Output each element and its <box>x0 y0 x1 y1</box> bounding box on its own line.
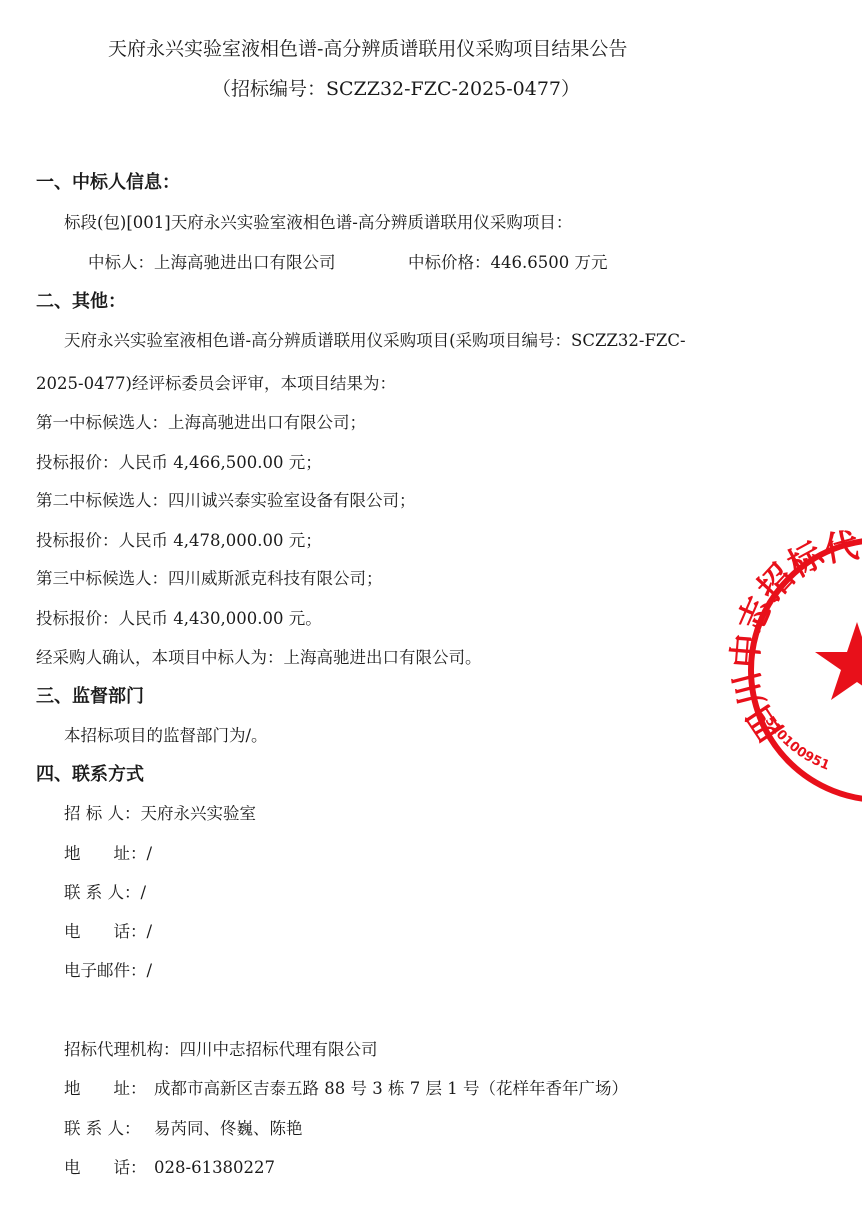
candidate-2-name: 第二中标候选人：四川诚兴泰实验室设备有限公司； <box>36 490 416 512</box>
buyer-contact-row: 招 标 人：天府永兴实验室 <box>64 803 256 825</box>
agency-contact-row: 联 系 人：易芮同、佟巍、陈艳 <box>64 1118 303 1140</box>
section-3-heading: 三、监督部门 <box>36 686 144 708</box>
contact-value: / <box>147 961 153 980</box>
contact-value: / <box>147 922 153 941</box>
section-2-heading: 二、其他： <box>36 291 126 313</box>
contact-label: 电 话： <box>64 1157 154 1179</box>
seal-text: 四川中志招标代 <box>725 525 861 748</box>
candidate-3-price: 投标报价：人民币 4,430,000.00 元。 <box>36 608 322 630</box>
contact-value: 成都市高新区吉泰五路 88 号 3 栋 7 层 1 号（花样年香年广场） <box>154 1079 628 1098</box>
section-4-heading: 四、联系方式 <box>36 764 144 786</box>
contact-value: 易芮同、佟巍、陈艳 <box>154 1119 303 1138</box>
contact-label: 招标代理机构： <box>64 1039 180 1061</box>
candidate-2-price: 投标报价：人民币 4,478,000.00 元； <box>36 530 322 552</box>
agency-contact-row: 电 话：028-61380227 <box>64 1157 275 1179</box>
official-seal-stamp: 四川中志招标代 510100951 <box>745 580 862 780</box>
tender-number: （招标编号：SCZZ32-FZC-2025-0477） <box>212 78 580 100</box>
buyer-contact-row: 电 话：/ <box>64 921 152 943</box>
winner-confirmation: 经采购人确认，本项目中标人为：上海高驰进出口有限公司。 <box>36 647 482 669</box>
winner-info: 中标人：上海高驰进出口有限公司 <box>88 252 336 274</box>
buyer-contact-row: 电子邮件：/ <box>64 960 152 982</box>
buyer-contact-row: 联 系 人：/ <box>64 882 146 904</box>
supervision-text: 本招标项目的监督部门为/。 <box>64 725 268 747</box>
contact-value: 天府永兴实验室 <box>141 804 257 823</box>
buyer-contact-row: 地 址：/ <box>64 843 152 865</box>
contact-value: 028-61380227 <box>154 1158 275 1177</box>
contact-value: / <box>147 844 153 863</box>
candidate-1-name: 第一中标候选人：上海高驰进出口有限公司； <box>36 412 366 434</box>
section-1-heading: 一、中标人信息： <box>36 172 180 194</box>
contact-label: 联 系 人： <box>64 882 141 904</box>
contact-label: 电 话： <box>64 921 147 943</box>
contact-value: 四川中志招标代理有限公司 <box>180 1040 378 1059</box>
svg-text:四川中志招标代: 四川中志招标代 <box>725 525 861 748</box>
contact-label: 地 址： <box>64 1078 154 1100</box>
contact-value: / <box>141 883 147 902</box>
agency-contact-row: 地 址：成都市高新区吉泰五路 88 号 3 栋 7 层 1 号（花样年香年广场） <box>64 1078 628 1100</box>
winning-price: 中标价格：446.6500 万元 <box>408 252 607 274</box>
contact-label: 联 系 人： <box>64 1118 154 1140</box>
agency-contact-row: 招标代理机构：四川中志招标代理有限公司 <box>64 1039 378 1061</box>
page-title: 天府永兴实验室液相色谱-高分辨质谱联用仪采购项目结果公告 <box>108 38 627 60</box>
contact-label: 招 标 人： <box>64 803 141 825</box>
candidate-1-price: 投标报价：人民币 4,466,500.00 元； <box>36 452 322 474</box>
result-paragraph-line1: 天府永兴实验室液相色谱-高分辨质谱联用仪采购项目(采购项目编号：SCZZ32-F… <box>64 330 686 352</box>
contact-label: 电子邮件： <box>64 960 147 982</box>
candidate-3-name: 第三中标候选人：四川威斯派克科技有限公司； <box>36 568 383 590</box>
result-paragraph-line2: 2025-0477)经评标委员会评审，本项目结果为： <box>36 373 396 395</box>
lot-description: 标段(包)[001]天府永兴实验室液相色谱-高分辨质谱联用仪采购项目： <box>64 212 572 234</box>
star-icon <box>815 622 862 700</box>
contact-label: 地 址： <box>64 843 147 865</box>
